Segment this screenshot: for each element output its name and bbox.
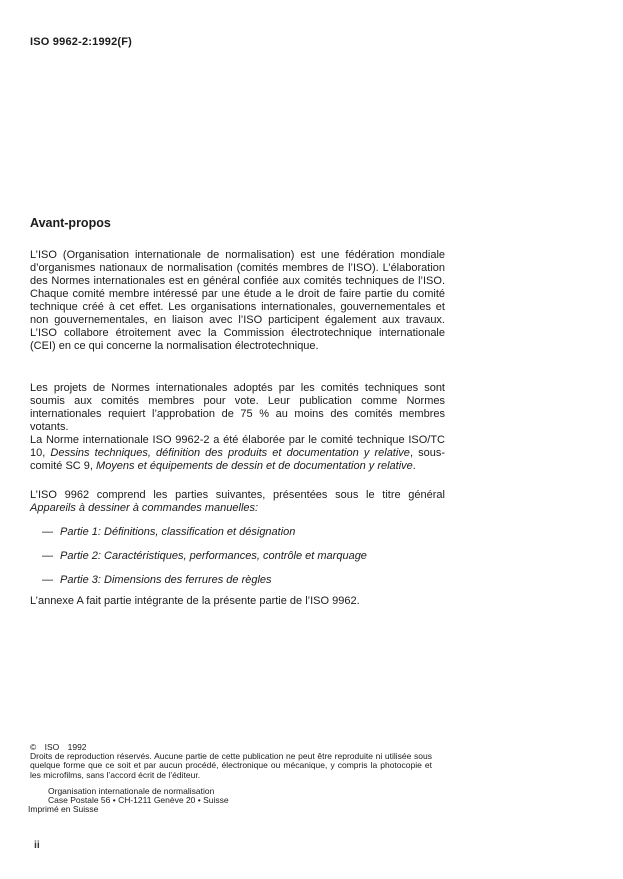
annex-note: L’annexe A fait partie intégrante de la … <box>30 595 445 608</box>
italic-title-segment: Appareils à dessiner à commandes manuell… <box>30 502 258 514</box>
dash-bullet: — <box>42 550 60 563</box>
page-number: ii <box>34 839 40 851</box>
italic-title-segment: Moyens et équipements de dessin et de do… <box>96 460 413 472</box>
text-segment: L’ISO 9962 comprend les parties suivante… <box>30 489 445 501</box>
dash-bullet: — <box>42 574 60 587</box>
text-segment: . <box>413 460 416 472</box>
foreword-paragraph-1: L’ISO (Organisation internationale de no… <box>30 249 445 353</box>
part-title: Partie 1: Définitions, classification et… <box>60 526 295 538</box>
dash-bullet: — <box>42 526 60 539</box>
foreword-title: Avant-propos <box>30 216 111 230</box>
document-reference-header: ISO 9962-2:1992(F) <box>30 36 132 48</box>
list-item-part-1: —Partie 1: Définitions, classification e… <box>42 526 440 539</box>
copyright-notice: Droits de reproduction réservés. Aucune … <box>30 752 432 780</box>
publisher-address: Case Postale 56 • CH-1211 Genève 20 • Su… <box>48 795 229 805</box>
italic-title-segment: Dessins techniques, définition des produ… <box>50 447 410 459</box>
foreword-paragraph-4: L’ISO 9962 comprend les parties suivante… <box>30 489 445 515</box>
foreword-paragraph-3: La Norme internationale ISO 9962-2 a été… <box>30 434 445 473</box>
foreword-paragraph-2: Les projets de Normes internationales ad… <box>30 382 445 434</box>
part-title: Partie 2: Caractéristiques, performances… <box>60 550 367 562</box>
list-item-part-2: —Partie 2: Caractéristiques, performance… <box>42 550 440 563</box>
printed-in-note: Imprimé en Suisse <box>28 804 98 814</box>
part-title: Partie 3: Dimensions des ferrures de règ… <box>60 574 272 586</box>
list-item-part-3: —Partie 3: Dimensions des ferrures de rè… <box>42 574 440 587</box>
document-page: ISO 9962-2:1992(F) Avant-propos L’ISO (O… <box>0 0 623 879</box>
